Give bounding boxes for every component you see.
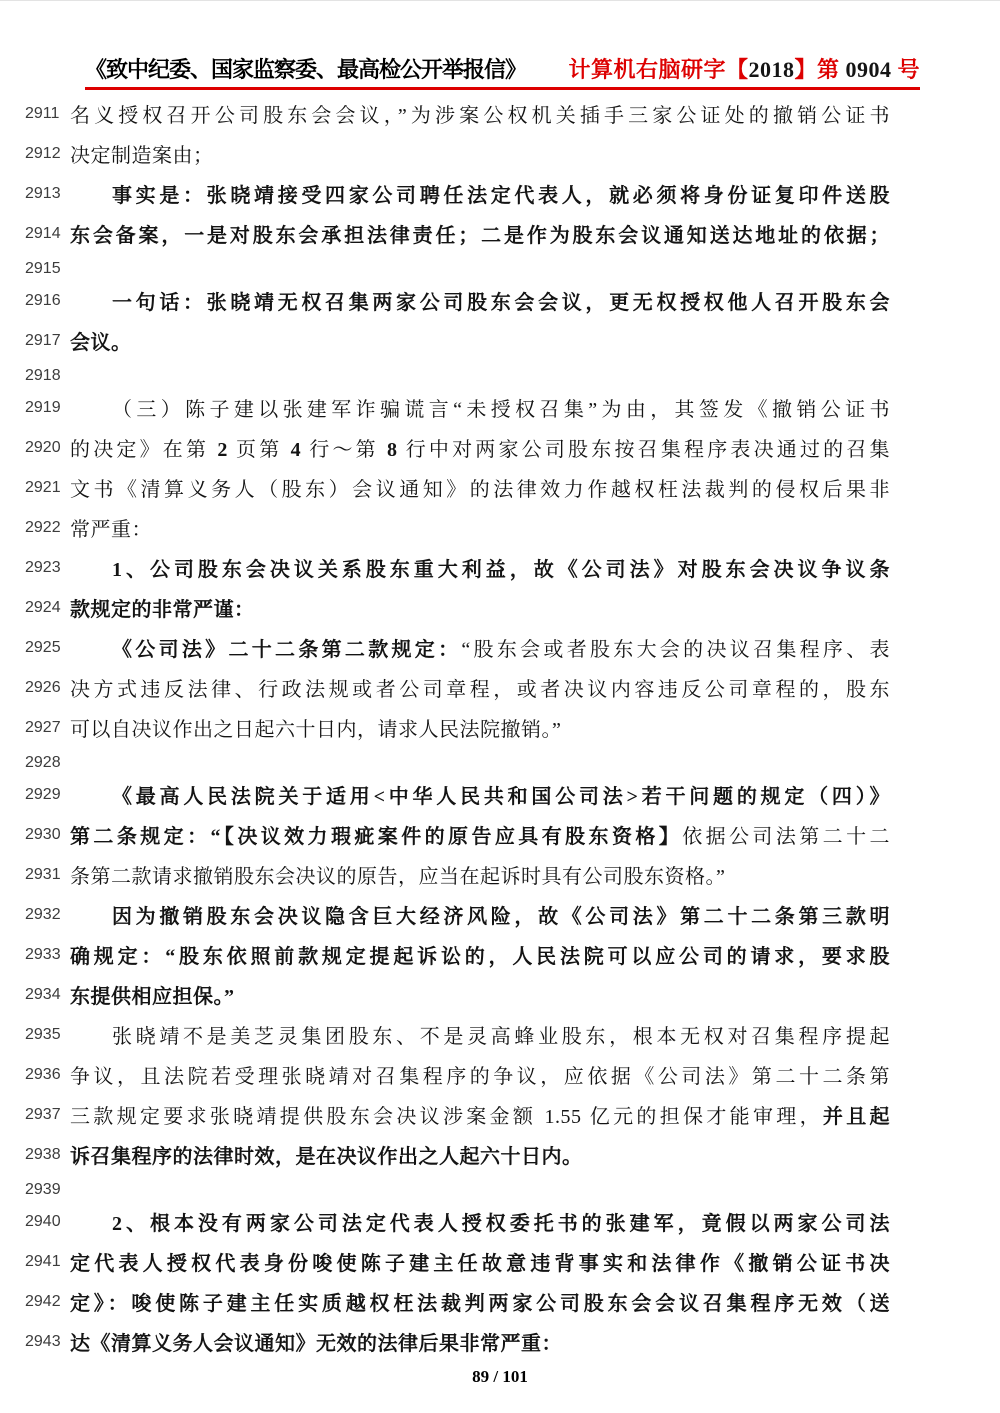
line-number: 2921: [0, 470, 70, 510]
document-line: 2935张晓靖不是美芝灵集团股东、不是灵高蜂业股东，根本无权对召集程序提起: [0, 1017, 1000, 1057]
line-number: 2922: [0, 510, 70, 550]
text-run: 事实是：张晓靖接受四家公司聘任法定代表人，就必须将身份证复印件送股: [112, 185, 890, 207]
text-run: 诉召集程序的法律时效，是在决议作出之人起六十日内。: [70, 1146, 583, 1168]
line-number: 2920: [0, 430, 70, 470]
page-footer: 89 / 101: [0, 1367, 1000, 1387]
header-doc-number: 计算机右脑研字【2018】第 0904 号: [568, 53, 920, 84]
line-number: 2929: [0, 777, 70, 817]
text-run: 2018: [748, 57, 794, 82]
text-run: 一句话：张晓靖无权召集两家公司股东会会议，更无权授权他人召开股东会: [112, 292, 890, 314]
line-number: 2938: [0, 1137, 70, 1177]
document-line: 2919（三）陈子建以张建军诈骗谎言“未授权召集”为由，其签发《撤销公证书: [0, 390, 1000, 430]
line-text: 诉召集程序的法律时效，是在决议作出之人起六十日内。: [70, 1137, 890, 1177]
line-text: 张晓靖不是美芝灵集团股东、不是灵高蜂业股东，根本无权对召集程序提起: [70, 1017, 890, 1057]
document-line: 2916一句话：张晓靖无权召集两家公司股东会会议，更无权授权他人召开股东会: [0, 283, 1000, 323]
line-text: 东会备案，一是对股东会承担法律责任；二是作为股东会议通知送达地址的依据；: [70, 216, 890, 256]
line-text: 一句话：张晓靖无权召集两家公司股东会会议，更无权授权他人召开股东会: [70, 283, 890, 323]
line-number: 2934: [0, 977, 70, 1017]
line-text: 争议，且法院若受理张晓靖对召集程序的争议，应依据《公司法》第二十二条第: [70, 1057, 890, 1097]
line-number: 2917: [0, 323, 70, 363]
line-text: 事实是：张晓靖接受四家公司聘任法定代表人，就必须将身份证复印件送股: [70, 176, 890, 216]
line-text: 决定制造案由；: [70, 136, 890, 176]
line-text: 文书《清算义务人（股东）会议通知》的法律效力作越权枉法裁判的侵权后果非: [70, 470, 890, 510]
text-run: 《公司法》二十二条第二款规定：: [112, 639, 461, 661]
line-text: 会议。: [70, 323, 890, 363]
text-run: 2、根本没有两家公司法定代表人授权委托书的张建军，竟假以两家公司法: [112, 1213, 890, 1235]
text-run: 文书《清算义务人（股东）会议通知》的法律效力作越权枉法裁判的侵权后果非: [70, 479, 890, 501]
text-run: 确规定：“股东依照前款规定提起诉讼的，人民法院可以应公司的请求，要求股: [70, 946, 890, 968]
document-line: 2913事实是：张晓靖接受四家公司聘任法定代表人，就必须将身份证复印件送股: [0, 176, 1000, 216]
line-text: [70, 750, 890, 777]
text-run: 】第: [794, 57, 845, 82]
line-number: 2931: [0, 857, 70, 897]
document-line: 29402、根本没有两家公司法定代表人授权委托书的张建军，竟假以两家公司法: [0, 1204, 1000, 1244]
line-number: 2933: [0, 937, 70, 977]
header-title: 《致中纪委、国家监察委、最高检公开举报信》: [85, 53, 526, 84]
line-number: 2930: [0, 817, 70, 857]
document-line: 2936争议，且法院若受理张晓靖对召集程序的争议，应依据《公司法》第二十二条第: [0, 1057, 1000, 1097]
line-text: 《公司法》二十二条第二款规定：“股东会或者股东大会的决议召集程序、表: [70, 630, 890, 670]
line-text: 条第二款请求撤销股东会决议的原告，应当在起诉时具有公司股东资格。”: [70, 857, 890, 897]
document-line: 2941定代表人授权代表身份唆使陈子建主任故意违背事实和法律作《撤销公证书决: [0, 1244, 1000, 1284]
document-line: 2925《公司法》二十二条第二款规定：“股东会或者股东大会的决议召集程序、表: [0, 630, 1000, 670]
line-number: 2912: [0, 136, 70, 176]
text-run: 定》：唆使陈子建主任实质越权枉法裁判两家公司股东会会议召集程序无效（送: [70, 1293, 890, 1315]
header-row: 《致中纪委、国家监察委、最高检公开举报信》 计算机右脑研字【2018】第 090…: [85, 53, 920, 84]
header-red-rule: [85, 87, 920, 90]
line-number: 2925: [0, 630, 70, 670]
line-number: 2913: [0, 176, 70, 216]
document-line: 2917会议。: [0, 323, 1000, 363]
text-run: 争议，且法院若受理张晓靖对召集程序的争议，应依据《公司法》第二十二条第: [70, 1066, 890, 1088]
line-number: 2939: [0, 1177, 70, 1204]
text-run: （三）陈子建以张建军诈骗谎言“未授权召集”为由，其签发《撤销公证书: [112, 399, 890, 421]
text-run: 定代表人授权代表身份唆使陈子建主任故意违背事实和法律作《撤销公证书决: [70, 1253, 890, 1275]
line-number: 2940: [0, 1204, 70, 1244]
line-text: 第二条规定：“【决议效力瑕疵案件的原告应具有股东资格】依据公司法第二十二: [70, 817, 890, 857]
line-text: [70, 256, 890, 283]
document-line: 2912决定制造案由；: [0, 136, 1000, 176]
document-line: 2938诉召集程序的法律时效，是在决议作出之人起六十日内。: [0, 1137, 1000, 1177]
text-run: 依据公司法第二十二: [682, 826, 890, 848]
text-run: 会议。: [70, 332, 132, 354]
text-run: 东提供相应担保。”: [70, 986, 235, 1008]
document-line: 2929《最高人民法院关于适用<中华人民共和国公司法>若干问题的规定（四）》: [0, 777, 1000, 817]
text-run: 东会备案，一是对股东会承担法律责任；二是作为股东会议通知送达地址的依据；: [70, 225, 890, 247]
line-text: [70, 363, 890, 390]
line-number: 2932: [0, 897, 70, 937]
line-text: 2、根本没有两家公司法定代表人授权委托书的张建军，竟假以两家公司法: [70, 1204, 890, 1244]
text-run: 名义授权召开公司股东会会议，”为涉案公权机关插手三家公证处的撤销公证书: [70, 105, 890, 127]
document-page: 《致中纪委、国家监察委、最高检公开举报信》 计算机右脑研字【2018】第 090…: [0, 0, 1000, 1413]
document-line: 2926决方式违反法律、行政法规或者公司章程，或者决议内容违反公司章程的，股东: [0, 670, 1000, 710]
line-text: 决方式违反法律、行政法规或者公司章程，或者决议内容违反公司章程的，股东: [70, 670, 890, 710]
line-number: 2924: [0, 590, 70, 630]
line-text: 1、公司股东会决议关系股东重大利益，故《公司法》对股东会决议争议条: [70, 550, 890, 590]
line-number: 2915: [0, 256, 70, 283]
document-line: 2915: [0, 256, 1000, 283]
page-header: 《致中纪委、国家监察委、最高检公开举报信》 计算机右脑研字【2018】第 090…: [0, 1, 1000, 90]
line-text: 确规定：“股东依照前款规定提起诉讼的，人民法院可以应公司的请求，要求股: [70, 937, 890, 977]
text-run: 的决定》在第: [70, 439, 217, 461]
text-run: 页第: [228, 439, 291, 461]
line-number: 2942: [0, 1284, 70, 1324]
line-text: 的决定》在第 2 页第 4 行～第 8 行中对两家公司股东按召集程序表决通过的召…: [70, 430, 890, 470]
line-text: 定代表人授权代表身份唆使陈子建主任故意违背事实和法律作《撤销公证书决: [70, 1244, 890, 1284]
document-line: 2932因为撤销股东会决议隐含巨大经济风险，故《公司法》第二十二条第三款明: [0, 897, 1000, 937]
document-line: 2942定》：唆使陈子建主任实质越权枉法裁判两家公司股东会会议召集程序无效（送: [0, 1284, 1000, 1324]
line-text: 三款规定要求张晓靖提供股东会决议涉案金额 1.55 亿元的担保才能审理，并且起: [70, 1097, 890, 1137]
text-run: 决定制造案由；: [70, 145, 214, 167]
document-line: 29231、公司股东会决议关系股东重大利益，故《公司法》对股东会决议争议条: [0, 550, 1000, 590]
document-line: 2928: [0, 750, 1000, 777]
text-run: 条第二款请求撤销股东会决议的原告，应当在起诉时具有公司股东资格。”: [70, 866, 725, 888]
text-run: 号: [891, 57, 920, 82]
document-line: 2939: [0, 1177, 1000, 1204]
text-run: 2: [217, 439, 228, 461]
text-run: 0904: [845, 57, 891, 82]
document-line: 2943达《清算义务人会议通知》无效的法律后果非常严重：: [0, 1324, 1000, 1364]
line-number: 2928: [0, 750, 70, 777]
line-number: 2936: [0, 1057, 70, 1097]
line-number: 2926: [0, 670, 70, 710]
document-line: 2933确规定：“股东依照前款规定提起诉讼的，人民法院可以应公司的请求，要求股: [0, 937, 1000, 977]
line-text: 款规定的非常严谨：: [70, 590, 890, 630]
line-text: （三）陈子建以张建军诈骗谎言“未授权召集”为由，其签发《撤销公证书: [70, 390, 890, 430]
line-text: 名义授权召开公司股东会会议，”为涉案公权机关插手三家公证处的撤销公证书: [70, 96, 890, 136]
document-line: 2934东提供相应担保。”: [0, 977, 1000, 1017]
document-line: 2930第二条规定：“【决议效力瑕疵案件的原告应具有股东资格】依据公司法第二十二: [0, 817, 1000, 857]
line-text: 东提供相应担保。”: [70, 977, 890, 1017]
line-text: 可以自决议作出之日起六十日内，请求人民法院撤销。”: [70, 710, 890, 750]
document-line: 2914东会备案，一是对股东会承担法律责任；二是作为股东会议通知送达地址的依据；: [0, 216, 1000, 256]
line-number: 2911: [0, 96, 70, 136]
line-text: 达《清算义务人会议通知》无效的法律后果非常严重：: [70, 1324, 890, 1364]
text-run: 计算机右脑研字【: [568, 57, 748, 82]
line-text: 因为撤销股东会决议隐含巨大经济风险，故《公司法》第二十二条第三款明: [70, 897, 890, 937]
text-run: 行～第: [301, 439, 387, 461]
line-number: 2941: [0, 1244, 70, 1284]
document-line: 2937三款规定要求张晓靖提供股东会决议涉案金额 1.55 亿元的担保才能审理，…: [0, 1097, 1000, 1137]
text-run: 三款规定要求张晓靖提供股东会决议涉案金额 1.55 亿元的担保才能审理，: [70, 1106, 823, 1128]
text-run: 《最高人民法院关于适用<中华人民共和国公司法>若干问题的规定（四）》: [112, 786, 890, 808]
line-text: 《最高人民法院关于适用<中华人民共和国公司法>若干问题的规定（四）》: [70, 777, 890, 817]
line-number: 2914: [0, 216, 70, 256]
document-line: 2911名义授权召开公司股东会会议，”为涉案公权机关插手三家公证处的撤销公证书: [0, 96, 1000, 136]
text-run: 1、公司股东会决议关系股东重大利益，故《公司法》对股东会决议争议条: [112, 559, 890, 581]
line-number: 2937: [0, 1097, 70, 1137]
text-run: 决方式违反法律、行政法规或者公司章程，或者决议内容违反公司章程的，股东: [70, 679, 890, 701]
document-line: 2918: [0, 363, 1000, 390]
text-run: 常严重：: [70, 519, 152, 541]
text-run: 8: [387, 439, 398, 461]
line-text: 定》：唆使陈子建主任实质越权枉法裁判两家公司股东会会议召集程序无效（送: [70, 1284, 890, 1324]
document-line: 2922常严重：: [0, 510, 1000, 550]
line-number: 2927: [0, 710, 70, 750]
line-number: 2935: [0, 1017, 70, 1057]
document-body: 2911名义授权召开公司股东会会议，”为涉案公权机关插手三家公证处的撤销公证书2…: [0, 96, 1000, 1364]
text-run: 款规定的非常严谨：: [70, 599, 255, 621]
page-number: 89 / 101: [472, 1367, 528, 1386]
line-text: 常严重：: [70, 510, 890, 550]
document-line: 2920的决定》在第 2 页第 4 行～第 8 行中对两家公司股东按召集程序表决…: [0, 430, 1000, 470]
line-number: 2923: [0, 550, 70, 590]
document-line: 2927可以自决议作出之日起六十日内，请求人民法院撤销。”: [0, 710, 1000, 750]
text-run: “股东会或者股东大会的决议召集程序、表: [461, 639, 890, 661]
line-number: 2919: [0, 390, 70, 430]
line-number: 2943: [0, 1324, 70, 1364]
text-run: 行中对两家公司股东按召集程序表决通过的召集: [398, 439, 890, 461]
document-line: 2931条第二款请求撤销股东会决议的原告，应当在起诉时具有公司股东资格。”: [0, 857, 1000, 897]
text-run: 因为撤销股东会决议隐含巨大经济风险，故《公司法》第二十二条第三款明: [112, 906, 890, 928]
document-line: 2921文书《清算义务人（股东）会议通知》的法律效力作越权枉法裁判的侵权后果非: [0, 470, 1000, 510]
line-number: 2916: [0, 283, 70, 323]
text-run: 可以自决议作出之日起六十日内，请求人民法院撤销。”: [70, 719, 561, 741]
text-run: 第二条规定：“【决议效力瑕疵案件的原告应具有股东资格】: [70, 826, 682, 848]
text-run: 4: [291, 439, 302, 461]
text-run: 并且起: [823, 1106, 890, 1128]
document-line: 2924款规定的非常严谨：: [0, 590, 1000, 630]
text-run: 张晓靖不是美芝灵集团股东、不是灵高蜂业股东，根本无权对召集程序提起: [112, 1026, 890, 1048]
line-number: 2918: [0, 363, 70, 390]
line-text: [70, 1177, 890, 1204]
text-run: 达《清算义务人会议通知》无效的法律后果非常严重：: [70, 1333, 562, 1355]
